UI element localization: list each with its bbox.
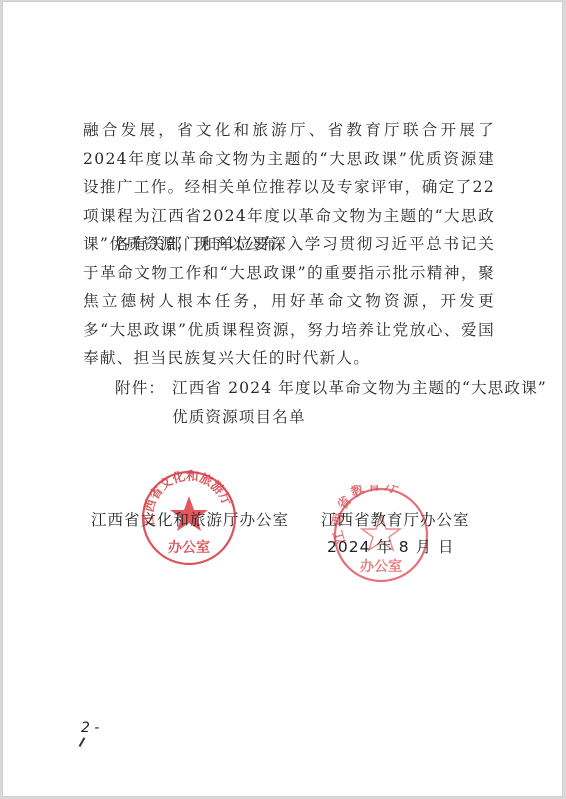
svg-text:办公室: 办公室 bbox=[168, 539, 210, 556]
paragraph-text: 各有关部门和单位要深入学习贯彻习近平总书记关于革命文物工作和“大思政课”的重要指… bbox=[83, 230, 495, 373]
attachment-label: 附件： bbox=[115, 374, 172, 403]
attachment-note: 附件：江西省 2024 年度以革命文物为主题的“大思政课” 优质资源项目名单 bbox=[115, 374, 547, 432]
svg-text:办公室: 办公室 bbox=[360, 558, 402, 575]
pen-mark bbox=[79, 737, 85, 746]
signature-culture-tourism-office: 江西省文化和旅游厅办公室 bbox=[91, 508, 289, 530]
page-number: 2 - bbox=[81, 720, 99, 736]
body-paragraph-2: 各有关部门和单位要深入学习贯彻习近平总书记关于革命文物工作和“大思政课”的重要指… bbox=[83, 230, 495, 373]
document-page: 融合发展，省文化和旅游厅、省教育厅联合开展了2024年度以革命文物为主题的“大思… bbox=[2, 1, 563, 797]
attachment-title-line1: 江西省 2024 年度以革命文物为主题的“大思政课” bbox=[172, 379, 547, 397]
signature-date: 2024 年 8 月 日 bbox=[327, 535, 455, 557]
attachment-title-line2: 优质资源项目名单 bbox=[115, 403, 547, 432]
signature-education-office: 江西省教育厅办公室 bbox=[321, 508, 470, 530]
